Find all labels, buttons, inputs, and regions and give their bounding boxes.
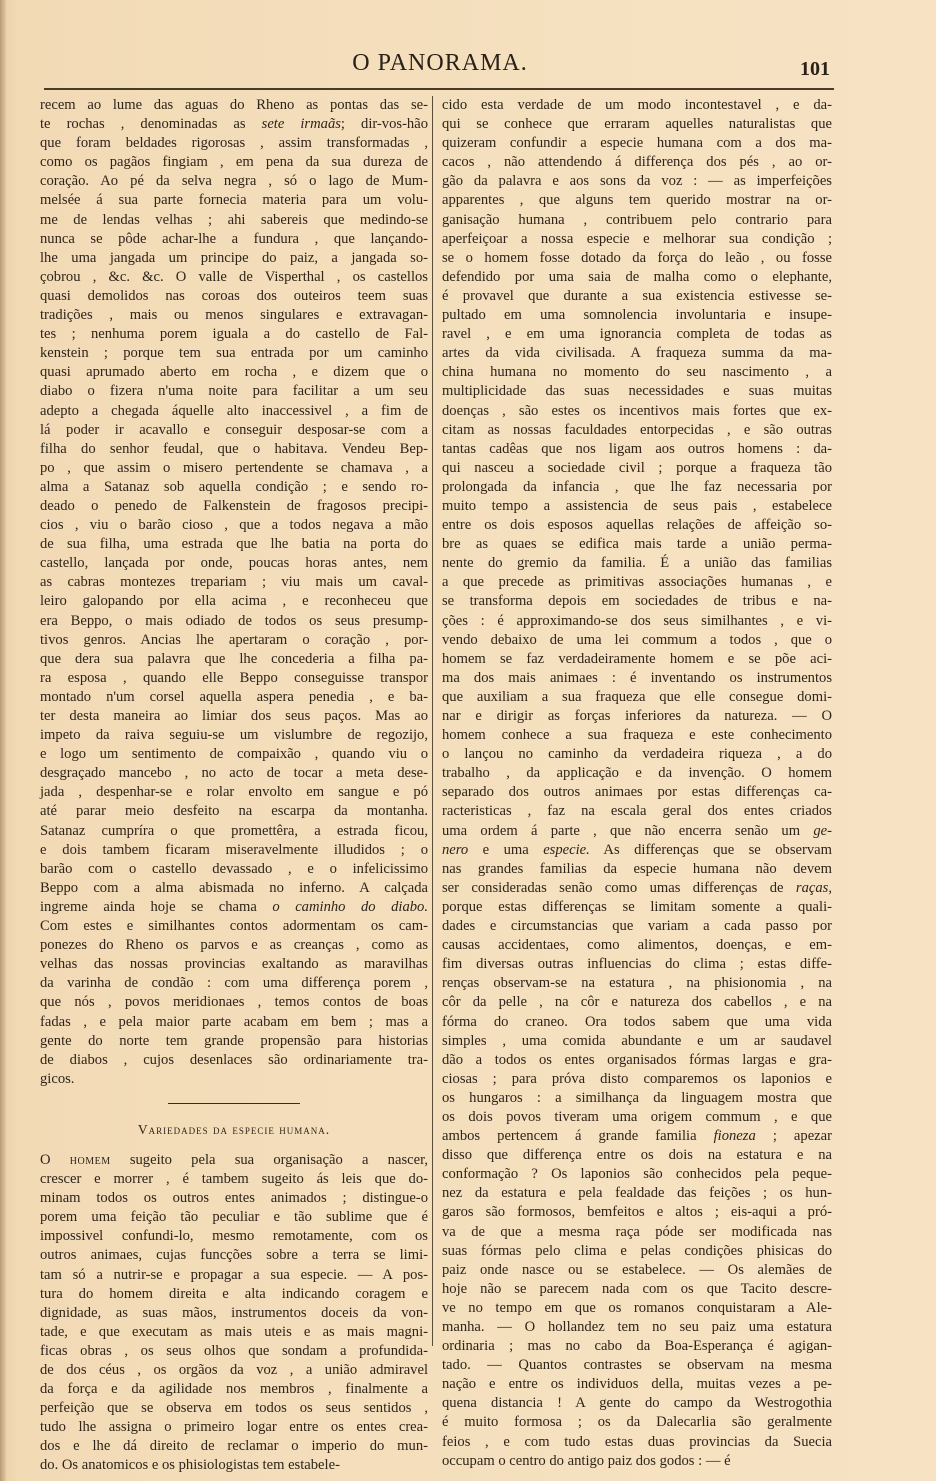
text-line: recem ao lume das aguas do Rheno as pont…	[40, 96, 428, 115]
text-line: muito tempo a assistencia de seus pais ,…	[442, 497, 832, 516]
text-line: gão da palavra e aos sons da voz : — as …	[442, 172, 832, 191]
text-line: apparentes , que alguns tem querido most…	[442, 191, 832, 210]
text-line: que foram beldades rigorosas , assim tra…	[40, 134, 428, 153]
text-line: hoje não se parecem nada com os que Taci…	[442, 1280, 832, 1299]
text-line: nente do gremio da familia. É a união da…	[442, 554, 832, 573]
text-line: que nós , povos meridionaes , temos cont…	[40, 993, 428, 1012]
text-line: as cabras montezes trepariam ; viu mais …	[40, 573, 428, 592]
text-line: velhas das nossas provincias exaltando a…	[40, 955, 428, 974]
text-line: separado dos outros animaes por estas di…	[442, 783, 832, 802]
text-line: qui se conhece que erraram aquelles natu…	[442, 115, 832, 134]
text-line: artes da vida civilisada. A fraqueza sum…	[442, 344, 832, 363]
text-line: homem se faz verdadeiramente homem e se …	[442, 650, 832, 669]
text-line: Beppo com a alma abismada no inferno. A …	[40, 879, 428, 898]
text-line: defendido por uma saia de malha como o e…	[442, 268, 832, 287]
text-line: te rochas , denominadas as sete irmaãs; …	[40, 115, 428, 134]
text-line: perfeição que se observa em todos os seu…	[40, 1399, 428, 1418]
text-line: lhe uma jangada um principe do paiz, a j…	[40, 249, 428, 268]
text-line: jada , despenhar-se e rolar envolto em s…	[40, 783, 428, 802]
left-column: recem ao lume das aguas do Rheno as pont…	[40, 96, 428, 1476]
section-divider	[168, 1103, 300, 1104]
text-line: cido esta verdade de um modo incontestav…	[442, 96, 832, 115]
text-line: a que precede as primitivas associações …	[442, 573, 832, 592]
text-line: castello, lançada por onde, poucas horas…	[40, 554, 428, 573]
text-line: côr da pelle , na côr e natureza dos cab…	[442, 993, 832, 1012]
text-line: multiplicidade das suas necessidades e s…	[442, 382, 832, 401]
text-line: fim diversas outras influencias do clima…	[442, 955, 832, 974]
paragraph-legend-falkenstein: recem ao lume das aguas do Rheno as pont…	[40, 96, 428, 1089]
text-line: disso que differença entre os dois na es…	[442, 1146, 832, 1165]
page-number: 101	[800, 58, 830, 81]
text-line: tura do homem direita e alta indicando c…	[40, 1285, 428, 1304]
text-line: nez da estatura e pela fealdade das feiç…	[442, 1184, 832, 1203]
text-line: de sua filha, uma estrada que lhe batia …	[40, 535, 428, 554]
text-line: cacos , não attendendo á differença dos …	[442, 153, 832, 172]
text-line: ma dos mais animaes : é inventando os in…	[442, 669, 832, 688]
text-line: é muito formosa ; os da Dalecarlia são g…	[442, 1413, 832, 1432]
text-line: ciosas ; para próva disto comparemos os …	[442, 1070, 832, 1089]
text-line: aperfeiçoar a nossa especie e melhorar s…	[442, 230, 832, 249]
column-divider	[432, 96, 433, 1346]
text-line: paiz onde nasce ou se estabelece. — Os a…	[442, 1261, 832, 1280]
text-line: minam todos os outros entes animados ; d…	[40, 1189, 428, 1208]
text-line: leiro galopando por ella acima , e recon…	[40, 592, 428, 611]
text-line: quizeram confundir a especie humana com …	[442, 134, 832, 153]
text-line: prolongada da infancia , que lhe faz nec…	[442, 478, 832, 497]
text-line: entre os dois esposos aquellas relações …	[442, 516, 832, 535]
text-line: adepto a chegada áquelle alto inaccessiv…	[40, 402, 428, 421]
text-line: qui nasceu a sociedade civil ; porque a …	[442, 459, 832, 478]
text-line: diabo o fizera n'uma noite para facilita…	[40, 382, 428, 401]
text-line: desgraçado mancebo , no acto de tocar a …	[40, 764, 428, 783]
text-line: o lançou no caminho da verdadeira riquez…	[442, 745, 832, 764]
text-line: po , que assim o misero pertendente se c…	[40, 459, 428, 478]
text-line: garos são formosos, bemfeitos e altos ; …	[442, 1203, 832, 1222]
text-line: nar e dirigir as forças inferiores da na…	[442, 707, 832, 726]
text-line: que auxiliam a sua fraqueza que elle con…	[442, 688, 832, 707]
text-line: renças observam-se na estatura , na phis…	[442, 974, 832, 993]
text-line: fadas , e pela maior parte acabam em bem…	[40, 1013, 428, 1032]
text-line: homem conhece a sua fraqueza e este conh…	[442, 726, 832, 745]
text-line: occupam o centro do antigo paiz dos godo…	[442, 1452, 832, 1471]
text-line: que dera sua palavra que lhe concederia …	[40, 650, 428, 669]
text-line: tes ; nenhuma porem iguala a do castello…	[40, 325, 428, 344]
text-line: nunca se pôde achar-lhe a fundura , que …	[40, 230, 428, 249]
text-line: manha. — O hollandez tem no seu paiz uma…	[442, 1318, 832, 1337]
text-line: porem uma feição tão peculiar e tão subl…	[40, 1208, 428, 1227]
text-line: Satanaz cumpríra o que promettêra, a est…	[40, 822, 428, 841]
line-text: sugeito pela sua organisação a nascer,	[111, 1152, 428, 1168]
text-line: Com estes e similhantes contos adormenta…	[40, 917, 428, 936]
text-line: os hungaros : a similhança da linguagem …	[442, 1089, 832, 1108]
text-line: O homem sugeito pela sua organisação a n…	[40, 1151, 428, 1170]
text-line: bre as quaes se edifica mais tarde a uni…	[442, 535, 832, 554]
text-line: do. Os anatomicos e os phisiologistas te…	[40, 1456, 428, 1475]
text-line: até parar meio desfeito na escarpa da mo…	[40, 802, 428, 821]
page-header: O PANORAMA. 101	[40, 48, 840, 88]
text-line: ra esposa , quando elle Beppo conseguiss…	[40, 669, 428, 688]
text-line: doenças , são estes os incentivos mais f…	[442, 402, 832, 421]
text-line: va de que a mesma raça póde ser modifica…	[442, 1223, 832, 1242]
text-line: é provavel que durante a sua existencia …	[442, 287, 832, 306]
text-line: melsée á sua parte fornecia materia para…	[40, 191, 428, 210]
text-line: barão com o castello devassado , e o inf…	[40, 860, 428, 879]
text-line: coração. Ao pé da selva negra , só o lag…	[40, 172, 428, 191]
paragraph-especie-humana: O homem sugeito pela sua organisação a n…	[40, 1151, 428, 1476]
text-line: tam só a nutrir-se e propagar a sua espe…	[40, 1266, 428, 1285]
text-line: se o homem fosse dotado da força do leão…	[442, 249, 832, 268]
text-line: feios , e com tudo estas duas provincias…	[442, 1433, 832, 1452]
text-line: impeto da raiva seguiu-se um vislumbre d…	[40, 726, 428, 745]
text-line: quena distancia ! A gente do campo da We…	[442, 1394, 832, 1413]
text-line: kenstein ; porque tem sua entrada por um…	[40, 344, 428, 363]
text-line: ganisação humana , contribuem pelo contr…	[442, 211, 832, 230]
text-line: era Beppo, o mais odiado de todos os seu…	[40, 612, 428, 631]
text-line: suas fórmas pelo clima e pelas condições…	[442, 1242, 832, 1261]
text-line: como os pagãos fingiam , em pena da sua …	[40, 153, 428, 172]
lead-word: O	[40, 1152, 51, 1168]
text-line: tudo lhe assigna o primeiro logar entre …	[40, 1418, 428, 1437]
text-line: quasi aprumado aberto em rocha , e dizem…	[40, 363, 428, 382]
periodical-title: O PANORAMA.	[40, 50, 840, 77]
text-line: crescer e morrer , é tambem sugeito ás l…	[40, 1170, 428, 1189]
text-line: outros animaes, cujas funcções sobre a t…	[40, 1246, 428, 1265]
text-line: da força e da agilidade nos membros , fi…	[40, 1380, 428, 1399]
text-line: impossivel confundi-lo, mesmo remotament…	[40, 1227, 428, 1246]
text-line: e dois tambem ficaram miseravelmente ill…	[40, 841, 428, 860]
paragraph-continued: cido esta verdade de um modo incontestav…	[442, 96, 832, 1471]
text-line: alma a Satanaz sob aquella condição ; e …	[40, 478, 428, 497]
text-line: gicos.	[40, 1070, 428, 1089]
text-line: e logo um sentimento de compaixão , quan…	[40, 745, 428, 764]
text-line: de dos céus , os orgãos da voz , a união…	[40, 1361, 428, 1380]
text-line: quasi demolidos nas coroas dos outeiros …	[40, 287, 428, 306]
text-line: gente do norte tem grande propensão para…	[40, 1032, 428, 1051]
text-line: vendo debaixo de uma lei commum a todos …	[442, 631, 832, 650]
text-line: dades e circumstancias que variam a cada…	[442, 917, 832, 936]
text-line: os dois povos tiveram uma origem commum …	[442, 1108, 832, 1127]
text-line: filha do senhor feudal, que o habitava. …	[40, 440, 428, 459]
text-line: racteristicas , faz na escala geral dos …	[442, 802, 832, 821]
lead-smallcaps: homem	[70, 1152, 111, 1168]
text-line: cios , viu o barão cioso , que a todos n…	[40, 516, 428, 535]
text-line: porque estas differenças se limitam some…	[442, 898, 832, 917]
text-line: trabalho , da applicação e da invenção. …	[442, 764, 832, 783]
text-line: tado. — Quantos contrastes se observam n…	[442, 1356, 832, 1375]
text-line: çobrou , &c. &c. O valle de Visperthal ,…	[40, 268, 428, 287]
header-rule	[44, 88, 834, 90]
text-line: ambos pertencem á grande familia fioneza…	[442, 1127, 832, 1146]
text-line: tivos genros. Ancias lhe apertaram o cor…	[40, 631, 428, 650]
text-line: uma ordem á parte , que não encerra senã…	[442, 822, 832, 841]
text-line: ordinaria ; mas no cabo da Boa-Esperança…	[442, 1337, 832, 1356]
text-line: ter desta maneira ao limiar dos seus paç…	[40, 707, 428, 726]
text-line: ravel , e em uma ignorancia completa de …	[442, 325, 832, 344]
text-line: ficas obras , os seus olhos que sondam a…	[40, 1342, 428, 1361]
text-line: tantas cadêas que nos ligam aos outros h…	[442, 440, 832, 459]
text-line: ponezes do Rheno os parvos e as creanças…	[40, 936, 428, 955]
text-line: tradições , mais ou menos singulares e e…	[40, 306, 428, 325]
page-edge-shadow	[0, 0, 6, 1481]
text-line: dão a todos os entes organisados fórmas …	[442, 1051, 832, 1070]
text-line: fórma do craneo. Ora todos sabem que uma…	[442, 1013, 832, 1032]
text-line: nação e entre os individuos della, muita…	[442, 1375, 832, 1394]
section-title: Variedades da especie humana.	[40, 1120, 428, 1139]
text-line: nero e uma especie. As differenças que s…	[442, 841, 832, 860]
right-column: cido esta verdade de um modo incontestav…	[442, 96, 832, 1471]
text-line: dignidade, as suas mãos, instrumentos do…	[40, 1304, 428, 1323]
text-line: ser consideradas senão como umas differe…	[442, 879, 832, 898]
text-line: de diabos , cujos desenlaces são ordinar…	[40, 1051, 428, 1070]
text-line: dos e lhe dá direito de reclamar o imper…	[40, 1437, 428, 1456]
text-line: da varinha de condão : com uma differenç…	[40, 974, 428, 993]
text-line: me de lendas velhas ; ahi sabereis que m…	[40, 211, 428, 230]
text-line: se transforma depois em sociedades de tr…	[442, 592, 832, 611]
text-line: deado o penedo de Falkenstein de fragoso…	[40, 497, 428, 516]
text-line: tade, e que executam as mais uteis e as …	[40, 1323, 428, 1342]
text-line: ções : é approximando-se dos seus similh…	[442, 612, 832, 631]
text-line: ve no tempo em que os romanos conquistar…	[442, 1299, 832, 1318]
text-line: simples , uma comida abundante e um ar s…	[442, 1032, 832, 1051]
text-line: citam as nossas faculdades entorpecidas …	[442, 421, 832, 440]
text-line: china humana no momento do seu nasciment…	[442, 363, 832, 382]
text-line: lá poder ir acavallo e conseguir desposa…	[40, 421, 428, 440]
text-line: causas accidentaes, como alimentos, doen…	[442, 936, 832, 955]
text-line: pultado em uma somnolencia involuntaria …	[442, 306, 832, 325]
text-line: nas grandes familias da especie humana n…	[442, 860, 832, 879]
text-line: conformação ? Os laponios são conhecidos…	[442, 1165, 832, 1184]
text-line: montado n'um corsel aquella aspera pened…	[40, 688, 428, 707]
text-line: ingreme ainda hoje se chama o caminho do…	[40, 898, 428, 917]
